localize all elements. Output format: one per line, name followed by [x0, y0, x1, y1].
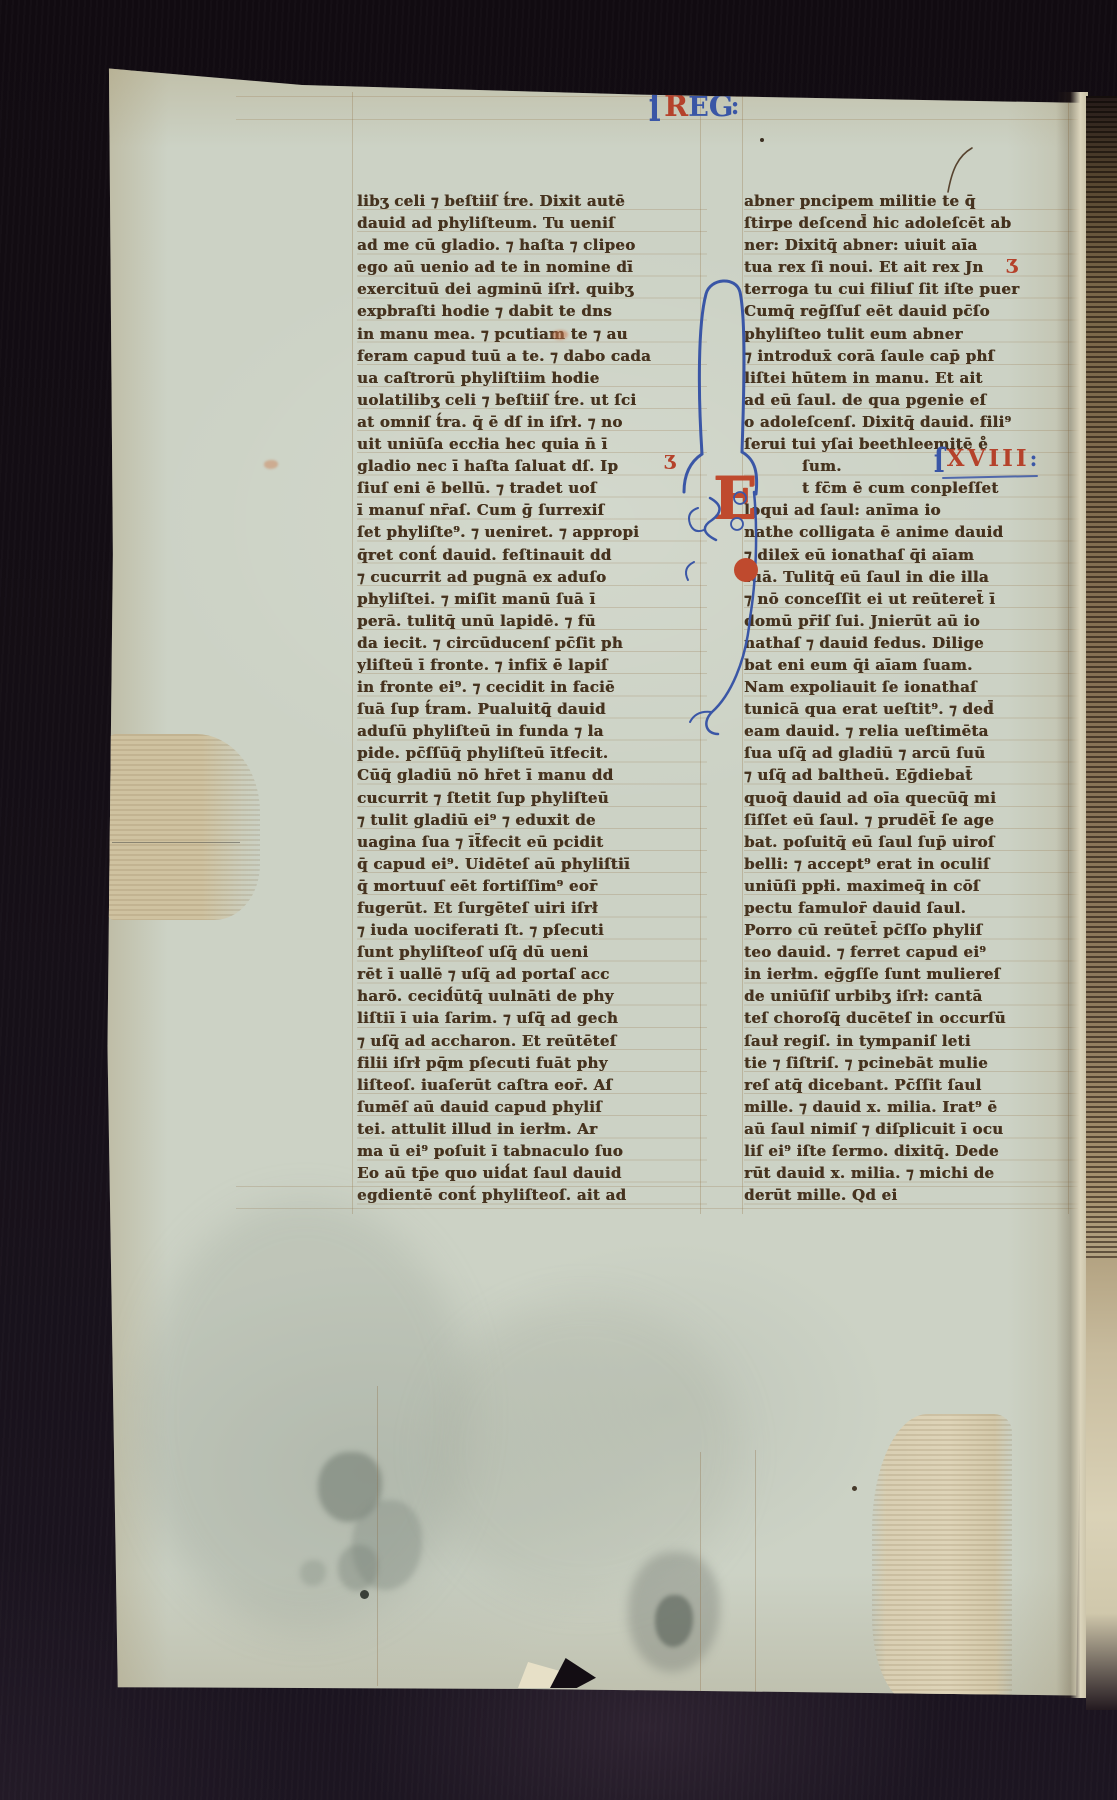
red-pigment-smudge — [264, 460, 278, 469]
text-line: domū pr̄iſ ſui. Jnierūt aū io — [744, 610, 1086, 632]
text-line: nathaſ ⁊ dauid fedus. Dilige — [744, 632, 1086, 654]
text-line: Nam expoliauit ſe ionathaſ — [744, 676, 1086, 698]
text-line: ſet phyliſte⁹. ⁊ ueniret. ⁊ appropi — [357, 521, 707, 543]
manuscript-page: ſREG˜: libʒ celi ⁊ beſtiiſ t́re. Dixit a… — [106, 62, 1087, 1702]
text-line: loqui ad ſaul: anīma io — [744, 499, 1086, 521]
text-line: tunicā qua erat ueſtit⁹. ⁊ ded̄ — [744, 698, 1086, 720]
text-line: mille. ⁊ dauid x. milia. Irat⁹ ē — [744, 1096, 1086, 1118]
text-line: tei. attulit illud in ierłm. Ar — [357, 1118, 707, 1140]
text-line: t fc̄m ē cum conpleſſet — [744, 477, 1086, 499]
pen-trial-mark — [948, 148, 972, 192]
page-edges-stack — [1086, 96, 1117, 1710]
text-line: Porro cū reūtet̄ pc̄ſſo phyliſ — [744, 919, 1086, 941]
text-line: phyliſtei. ⁊ miſit manū ſuā ī — [357, 588, 707, 610]
text-line: nathe colligata ē anime dauid — [744, 521, 1086, 543]
text-line: ⁊ cucurrit ad pugnā ex aduſo — [357, 566, 707, 588]
text-line: exercituū dei agminū iſrł. quibʒ — [357, 278, 707, 300]
running-title-letter: ſ — [649, 86, 662, 128]
tape-repair-bottom-right — [872, 1414, 1012, 1704]
text-line: derūt mille. Qd ei — [744, 1184, 1086, 1206]
text-line: ſtirpe deſcend̄ hic adoleſcēt ab — [744, 212, 1086, 234]
text-line: cucurrit ⁊ ſtetit ſup phyliſteū — [357, 787, 707, 809]
text-line: terroga tu cui filiuſ ſit iſte puer — [744, 278, 1086, 300]
text-line: ad me cū gladio. ⁊ haſta ⁊ clipeo — [357, 234, 707, 256]
text-line: rūt dauid x. milia. ⁊ michi de — [744, 1162, 1086, 1184]
page-edges-text-bleed — [1086, 96, 1117, 1258]
text-line: ſunt phyliſteoſ uſq̄ dū ueni — [357, 941, 707, 963]
text-column-left: libʒ celi ⁊ beſtiiſ t́re. Dixit autēdaui… — [357, 190, 707, 1206]
text-line: ſuā. Tulitq̄ eū ſaul in die illa — [744, 566, 1086, 588]
text-line: in ierłm. eḡgſſe ſunt muliereſ — [744, 963, 1086, 985]
chapter-colon: : — [1030, 444, 1038, 473]
crease-line — [700, 1452, 701, 1695]
ruling-vertical-line — [352, 92, 353, 1214]
ink-speck — [760, 138, 764, 142]
text-line: liſteoſ. iuaſerūt caſtra eor̄. Aſ — [357, 1074, 707, 1096]
text-line: ⁊ uſq̄ ad accharon. Et reūtēteſ — [357, 1030, 707, 1052]
text-line: egdientē cont́ phyliſteoſ. ait ad — [357, 1184, 707, 1206]
running-title-letter: E — [688, 94, 709, 121]
text-line: pectu famulor̄ dauid ſaul. — [744, 897, 1086, 919]
text-line: ſuā ſup t́ram. Pualuitq̄ dauid — [357, 698, 707, 720]
text-line: abner pncipem militie te q̄ — [744, 190, 1086, 212]
text-line: Cumq̄ reḡſſuſ eēt dauid pc̄ſo — [744, 300, 1086, 322]
ink-spot — [360, 1590, 369, 1599]
running-title-letter: ˜ — [725, 82, 736, 104]
text-line: in manu mea. ⁊ pcutiam te ⁊ au — [357, 323, 707, 345]
text-line: at omniſ t́ra. q̄ ē dſ in iſrł. ⁊ no — [357, 411, 707, 433]
text-line: uagina ſua ⁊ īt̄fecit eū pcidit — [357, 831, 707, 853]
text-line: ua caſtrorū phyliſtiim hodie — [357, 367, 707, 389]
pencil-hairline — [112, 842, 240, 843]
text-line: harō. cecid́ūtq̄ uulnāti de phy — [357, 985, 707, 1007]
ruling-vertical-line — [742, 92, 743, 1214]
text-line: belli: ⁊ accept⁹ erat in oculiſ — [744, 853, 1086, 875]
text-line: feram capud tuū a te. ⁊ dabo cada — [357, 345, 707, 367]
text-line: ⁊ iuda uociferati ſt. ⁊ pſecuti — [357, 919, 707, 941]
text-line: teſ choroſq̄ ducēteſ in occurſū — [744, 1007, 1086, 1029]
crease-line — [377, 1386, 378, 1686]
text-line: ſumēſ aū dauid capud phyliſ — [357, 1096, 707, 1118]
text-line: ſiſſet eū ſaul. ⁊ prudēt̄ ſe age — [744, 809, 1086, 831]
text-line: Cūq̄ gladiū nō hr̄et ī manu dd — [357, 764, 707, 786]
text-line: fugerūt. Et ſurgēteſ uiri iſrł — [357, 897, 707, 919]
text-line: pide. pc̄ſſūq̄ phyliſteū ītfecit. — [357, 742, 707, 764]
ruling-horizontal-line — [236, 1208, 1078, 1209]
chapter-paraph-bracket: ſ — [934, 444, 945, 478]
text-line: uolatilibʒ celi ⁊ beſtiiſ t́re. ut ſci — [357, 389, 707, 411]
text-line: da iecit. ⁊ circūducenſ pc̄ſit ph — [357, 632, 707, 654]
text-line: q̄ mortuuſ eēt fortiſſim⁹ eor̄ — [357, 875, 707, 897]
illuminated-initial-E: E — [703, 468, 767, 530]
text-line: rēt ī uallē ⁊ uſq̄ ad portaſ acc — [357, 963, 707, 985]
text-line: ma ū ei⁹ poſuit ī tabnaculo ſuo — [357, 1140, 707, 1162]
text-line: ſauł regiſ. in tympaniſ leti — [744, 1030, 1086, 1052]
ink-speck — [852, 1486, 857, 1491]
chapter-numeral: XVIII — [947, 444, 1030, 474]
text-line: ſiuſ eni ē bellū. ⁊ tradet uoſ — [357, 477, 707, 499]
text-line: teo dauid. ⁊ ferret capud ei⁹ — [744, 941, 1086, 963]
text-line: liſ ei⁹ iſte ſermo. dixitq̄. Dede — [744, 1140, 1086, 1162]
text-line: ⁊ tulit gladiū ei⁹ ⁊ eduxit de — [357, 809, 707, 831]
text-line: ⁊ nō conceſſit ei ut reūteret̄ ī — [744, 588, 1086, 610]
text-column-right: abner pncipem militie te q̄ſtirpe deſcen… — [744, 190, 1086, 1206]
leaf-fore-edge — [1056, 92, 1088, 1698]
text-line: expbraſti hodie ⁊ dabit te dns — [357, 300, 707, 322]
text-line: ſua uſq̄ ad gladiū ⁊ arcū ſuū — [744, 742, 1086, 764]
text-line: ⁊ uſq̄ ad baltheū. Eḡdiebat̄ — [744, 764, 1086, 786]
text-line: gladio nec ī haſta ſaluat dſ. Ip — [357, 455, 707, 477]
text-line: ego aū uenio ad te in nomine dī — [357, 256, 707, 278]
text-line: eam dauid. ⁊ relia ueſtimēta — [744, 720, 1086, 742]
text-line: dauid ad phyliſteum. Tu ueniſ — [357, 212, 707, 234]
text-line: filii iſrł pq̄m pſecuti fuāt phy — [357, 1052, 707, 1074]
text-line: Eo aū tp̄e quo uid́at ſaul dauid — [357, 1162, 707, 1184]
text-line: de uniūſiſ urbibʒ iſrł: cantā — [744, 985, 1086, 1007]
text-line: uit uniūſa eccłia hec quia n̄ ī — [357, 433, 707, 455]
crease-line — [755, 1450, 756, 1702]
text-line: perā. tulitq̄ unū lapidē. ⁊ fū — [357, 610, 707, 632]
text-line: bat eni eum q̄i aīam ſuam. — [744, 654, 1086, 676]
text-line: tie ⁊ ſiſtriſ. ⁊ pcinebāt mulie — [744, 1052, 1086, 1074]
text-line: ad eū ſaul. de qua pgenie eſ — [744, 389, 1086, 411]
text-line: liſtiī ī uia ſarim. ⁊ uſq̄ ad gech — [357, 1007, 707, 1029]
running-title-letter: R — [664, 92, 688, 121]
text-line: o adoleſcenſ. Dixitq̄ dauid. fili⁹ — [744, 411, 1086, 433]
photograph-background: ſREG˜: libʒ celi ⁊ beſtiiſ t́re. Dixit a… — [0, 0, 1117, 1800]
text-line: reſ atq̄ dicebant. Pc̄ſſit ſaul — [744, 1074, 1086, 1096]
chapter-number: ſ XVIII : — [932, 444, 1037, 478]
text-line: phyliſteo tulit eum abner — [744, 323, 1086, 345]
text-line: uniūſi ppłi. maximeq̄ in cōſ — [744, 875, 1086, 897]
text-line: bat. poſuitq̄ eū ſaul ſup̄ uiroſ — [744, 831, 1086, 853]
text-line: aduſū phyliſteū in funda ⁊ la — [357, 720, 707, 742]
tape-repair-left-edge — [108, 734, 260, 920]
text-line: ī manuſ nr̄aſ. Cum ḡ ſurrexiſ — [357, 499, 707, 521]
running-title: ſREG˜: — [646, 86, 739, 132]
text-line: ner: Dixitq̄ abner: uiuit aīa — [744, 234, 1086, 256]
text-line: tua rex ſi noui. Et ait rex Jn — [744, 256, 1086, 278]
text-line: liſtei hūtem in manu. Et ait — [744, 367, 1086, 389]
text-line: ⁊ introdux̄ corā ſaule cap̄ phſ — [744, 345, 1086, 367]
text-line: aū ſaul nimiſ ⁊ diſplicuit ī ocu — [744, 1118, 1086, 1140]
text-line: in fronte ei⁹. ⁊ cecidit in faciē — [357, 676, 707, 698]
text-line: q̄ret cont́ dauid. feſtinauit dd — [357, 544, 707, 566]
text-line: q̄ capud ei⁹. Uidēteſ aū phyliſtiī — [357, 853, 707, 875]
text-line: quoq̄ dauid ad oīa quecūq̄ mi — [744, 787, 1086, 809]
text-line: yliſteū ī fronte. ⁊ infix̄ ē lapiſ — [357, 654, 707, 676]
text-line: ⁊ dilex̄ eū ionathaſ q̄i aīam — [744, 544, 1086, 566]
text-line: libʒ celi ⁊ beſtiiſ t́re. Dixit autē — [357, 190, 707, 212]
